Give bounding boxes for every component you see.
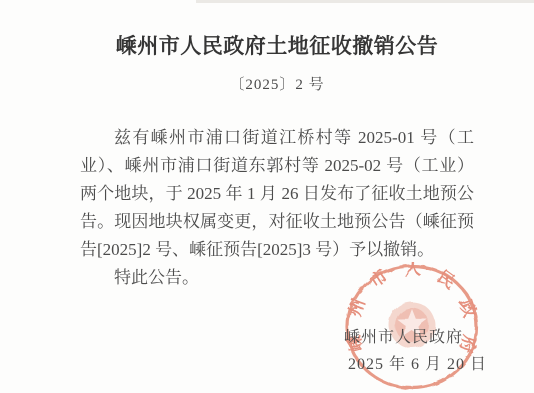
body-paragraph-main: 兹有嵊州市浦口街道江桥村等 2025-01 号（工业）、嵊州市浦口街道东郭村等 … <box>80 124 474 264</box>
document-number: 〔2025〕2 号 <box>80 73 474 94</box>
signature-authority: 嵊州市人民政府 <box>344 324 463 347</box>
announcement-document: 嵊州市人民政府土地征收撤销公告 〔2025〕2 号 兹有嵊州市浦口街道江桥村等 … <box>0 0 534 393</box>
document-title: 嵊州市人民政府土地征收撤销公告 <box>80 30 474 60</box>
signature-date: 2025 年 6 月 20 日 <box>348 351 487 374</box>
